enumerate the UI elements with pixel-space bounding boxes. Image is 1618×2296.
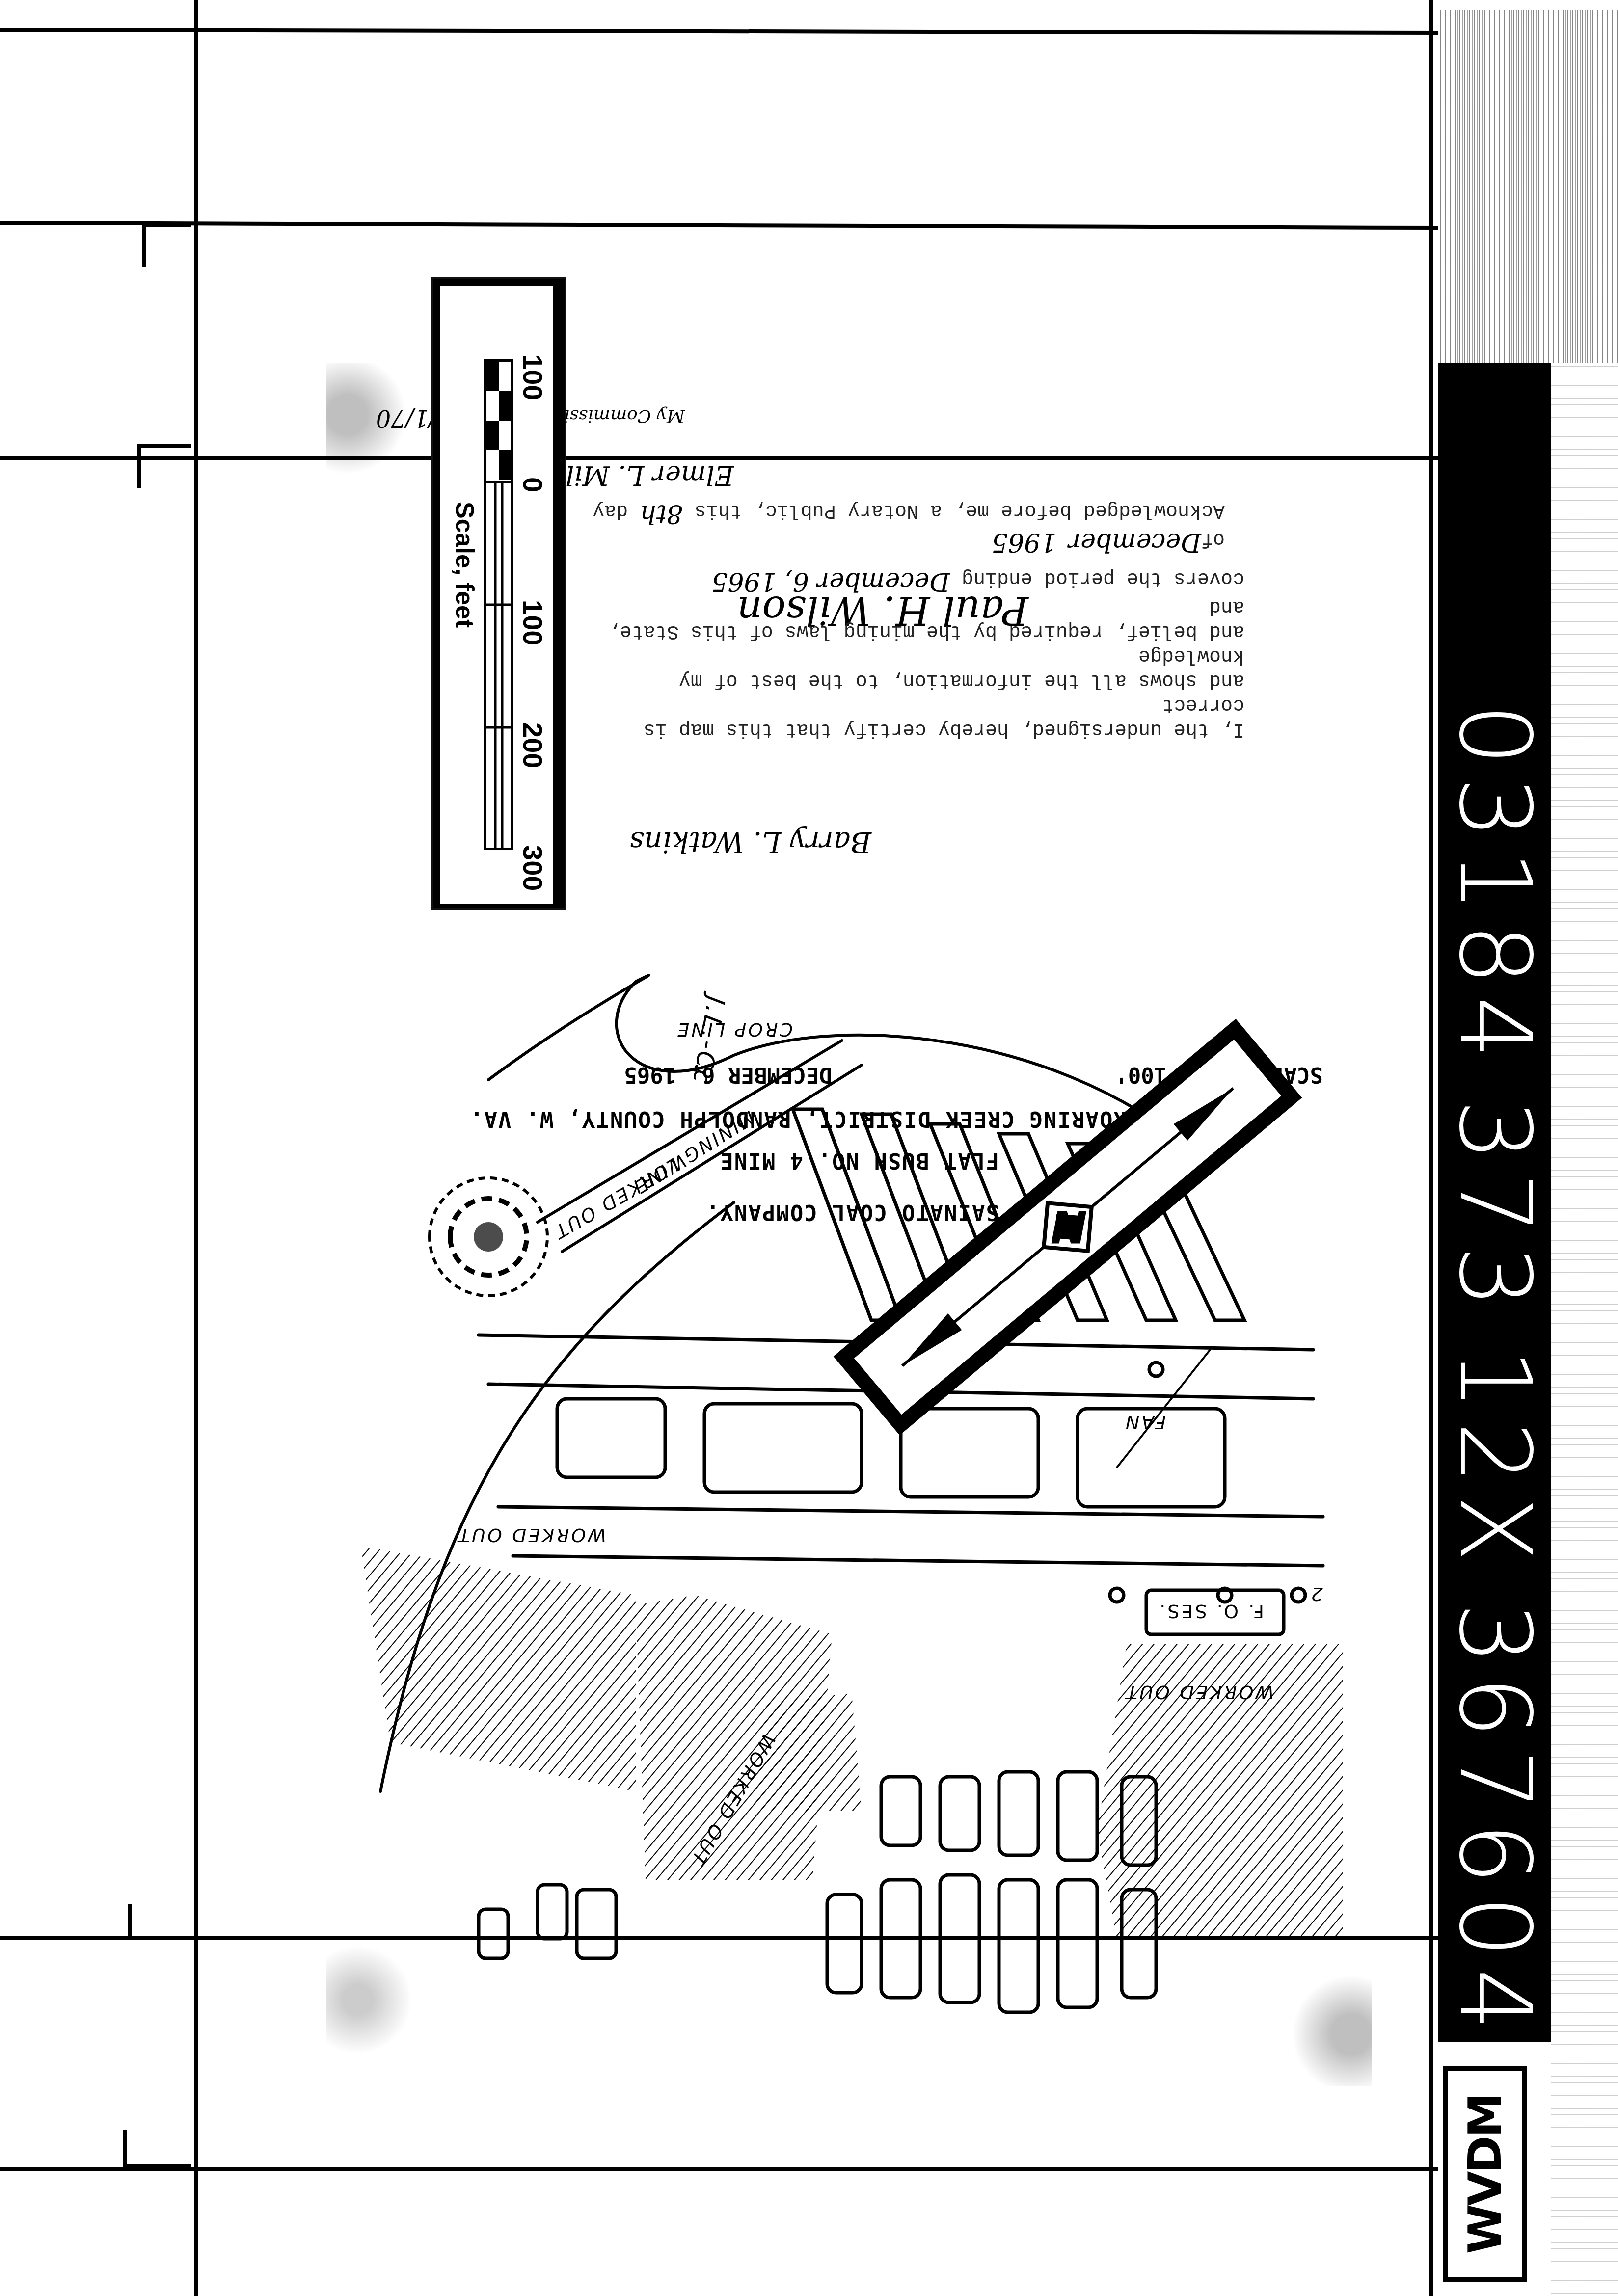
worked-out-label: WORKED OUT: [1124, 1682, 1274, 1703]
worked-out-label: WORKED OUT: [457, 1524, 606, 1546]
film-edge-noise: [1438, 10, 1618, 363]
archive-label-box: WVDM: [1443, 2066, 1527, 2282]
registration-mark: [128, 1904, 132, 1939]
frame-line-right: [1429, 0, 1433, 2296]
north-label: N: [1049, 1200, 1087, 1252]
archive-label: WVDM: [1459, 2095, 1511, 2254]
registration-mark: [123, 2130, 127, 2169]
registration-mark: [123, 2164, 191, 2168]
registration-mark: [137, 444, 141, 488]
faces-label: F. O. SES.: [1158, 1601, 1264, 1622]
frame-line-top: [0, 28, 1438, 35]
frame-line-5: [0, 2167, 1438, 2171]
registration-mark: [137, 444, 191, 448]
registration-mark: [128, 1936, 191, 1940]
film-id-part: 373: [1438, 1099, 1552, 1319]
registration-mark: [142, 223, 191, 227]
film-edge-noise: [1551, 363, 1618, 2296]
mine-workings-drawing: [326, 363, 1372, 2086]
registration-mark: [142, 223, 146, 267]
fan-label: FAN: [1124, 1412, 1166, 1433]
frame-line-2: [0, 221, 1438, 230]
frame-line-left: [194, 0, 198, 2296]
film-id-part: 12X: [1438, 1348, 1552, 1573]
survey-station-label: 2: [1309, 1583, 1323, 1605]
film-id-part: 03184: [1438, 703, 1552, 1069]
film-id-part: 367604: [1438, 1602, 1552, 2042]
film-frame-id: 03184 373 12X 367604: [1438, 363, 1551, 2042]
mine-map-document: My Commission Expires 1/1/70 Elmer L. Mi…: [326, 363, 1372, 2086]
worked-out-zone: [361, 1546, 636, 1791]
crop-line-label: CROP LINE: [675, 1019, 793, 1041]
